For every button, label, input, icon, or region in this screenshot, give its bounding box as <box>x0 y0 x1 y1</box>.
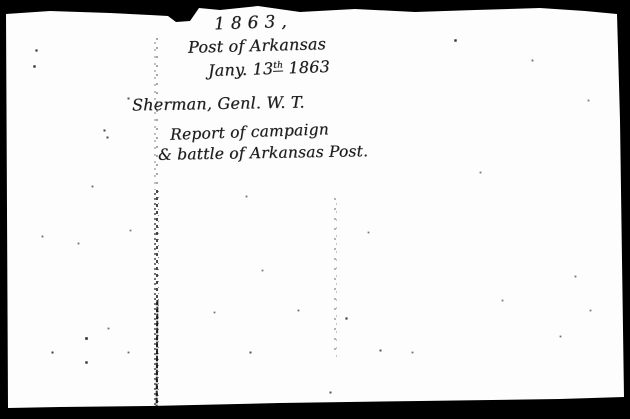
scan-noise-speckles <box>0 0 1 1</box>
fold-crease-core <box>156 300 159 408</box>
date-ordinal-superscript: th <box>273 60 283 71</box>
document-scan: 1863, Post of Arkansas Jany. 13th 1863 S… <box>0 0 630 419</box>
date-line: Jany. 13th 1863 <box>208 57 331 80</box>
place-line: Post of Arkansas <box>188 34 326 57</box>
date-suffix: 1863 <box>283 57 330 78</box>
subject-line-2: & battle of Arkansas Post. <box>158 142 368 164</box>
document-page: 1863, Post of Arkansas Jany. 13th 1863 S… <box>0 0 630 419</box>
date-prefix: Jany. 13 <box>208 59 274 80</box>
secondary-crease <box>334 198 337 358</box>
author-line: Sherman, Genl. W. T. <box>132 92 305 114</box>
subject-line-1: Report of campaign <box>170 120 329 144</box>
year-heading: 1863, <box>214 12 293 35</box>
fold-crease-lower <box>154 190 159 408</box>
